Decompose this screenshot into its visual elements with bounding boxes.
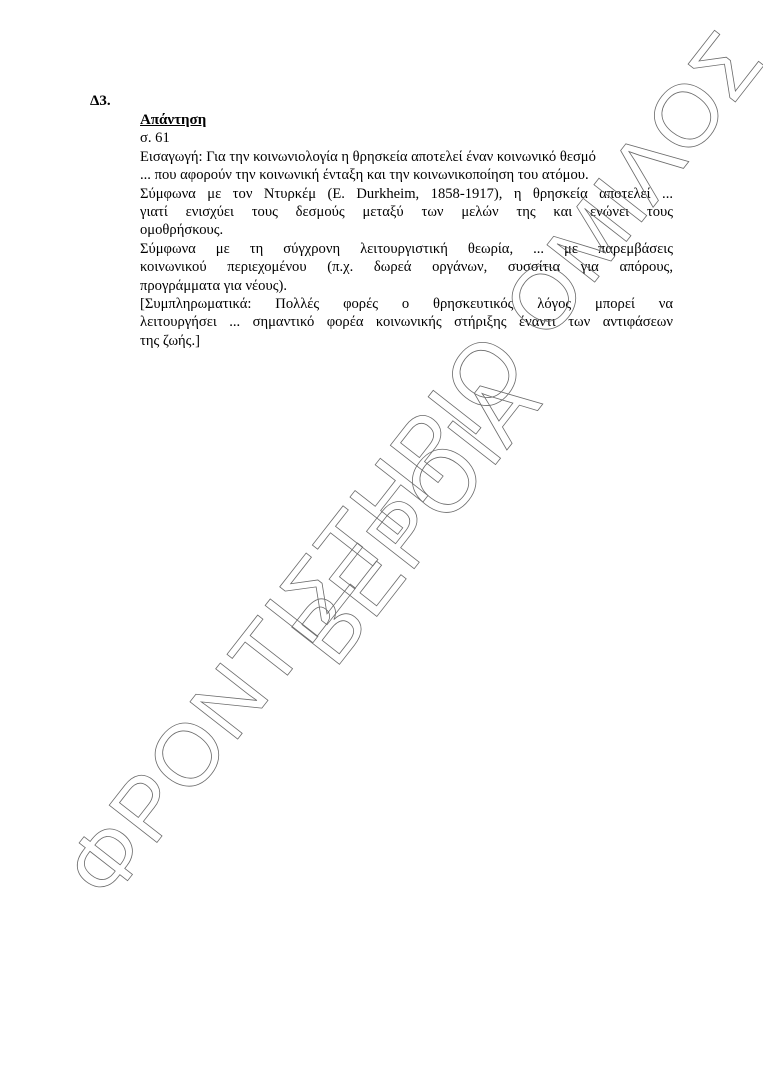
- text-line: προγράμματα για νέους).: [140, 277, 673, 295]
- text-line: [Συμπληρωματικά: Πολλές φορές ο θρησκευτ…: [140, 295, 673, 313]
- paragraph-durkheim: Σύμφωνα με τον Ντυρκέμ (E. Durkheim, 185…: [140, 185, 673, 240]
- text-line: Σύμφωνα με τη σύγχρονη λειτουργιστική θε…: [140, 240, 673, 258]
- text-line: λειτουργήσει ... σημαντικό φορέα κοινωνι…: [140, 313, 673, 331]
- text-line: Εισαγωγή: Για την κοινωνιολογία η θρησκε…: [140, 148, 673, 166]
- question-label: Δ3.: [90, 92, 111, 110]
- text-line: ... που αφορούν την κοινωνική ένταξη και…: [140, 166, 673, 184]
- paragraph-introduction: Εισαγωγή: Για την κοινωνιολογία η θρησκε…: [140, 148, 673, 185]
- text-line: Σύμφωνα με τον Ντυρκέμ (E. Durkheim, 185…: [140, 185, 673, 203]
- text-line: γιατί ενισχύει τους δεσμούς μεταξύ των μ…: [140, 203, 673, 221]
- paragraph-functionalist: Σύμφωνα με τη σύγχρονη λειτουργιστική θε…: [140, 240, 673, 295]
- answer-title: Απάντηση: [140, 111, 673, 129]
- text-line: της ζωής.]: [140, 332, 673, 350]
- page-reference: σ. 61: [140, 129, 673, 147]
- paragraph-supplementary: [Συμπληρωματικά: Πολλές φορές ο θρησκευτ…: [140, 295, 673, 350]
- text-line: ομοθρήσκους.: [140, 221, 673, 239]
- answer-block: Απάντηση σ. 61 Εισαγωγή: Για την κοινωνι…: [140, 111, 673, 350]
- watermark-line-2: ΒΕΡΟΙΑ: [272, 353, 559, 682]
- document-page: Δ3. Απάντηση σ. 61 Εισαγωγή: Για την κοι…: [0, 0, 763, 1080]
- text-line: κοινωνικού περιεχομένου (π.χ. δωρεά οργά…: [140, 258, 673, 276]
